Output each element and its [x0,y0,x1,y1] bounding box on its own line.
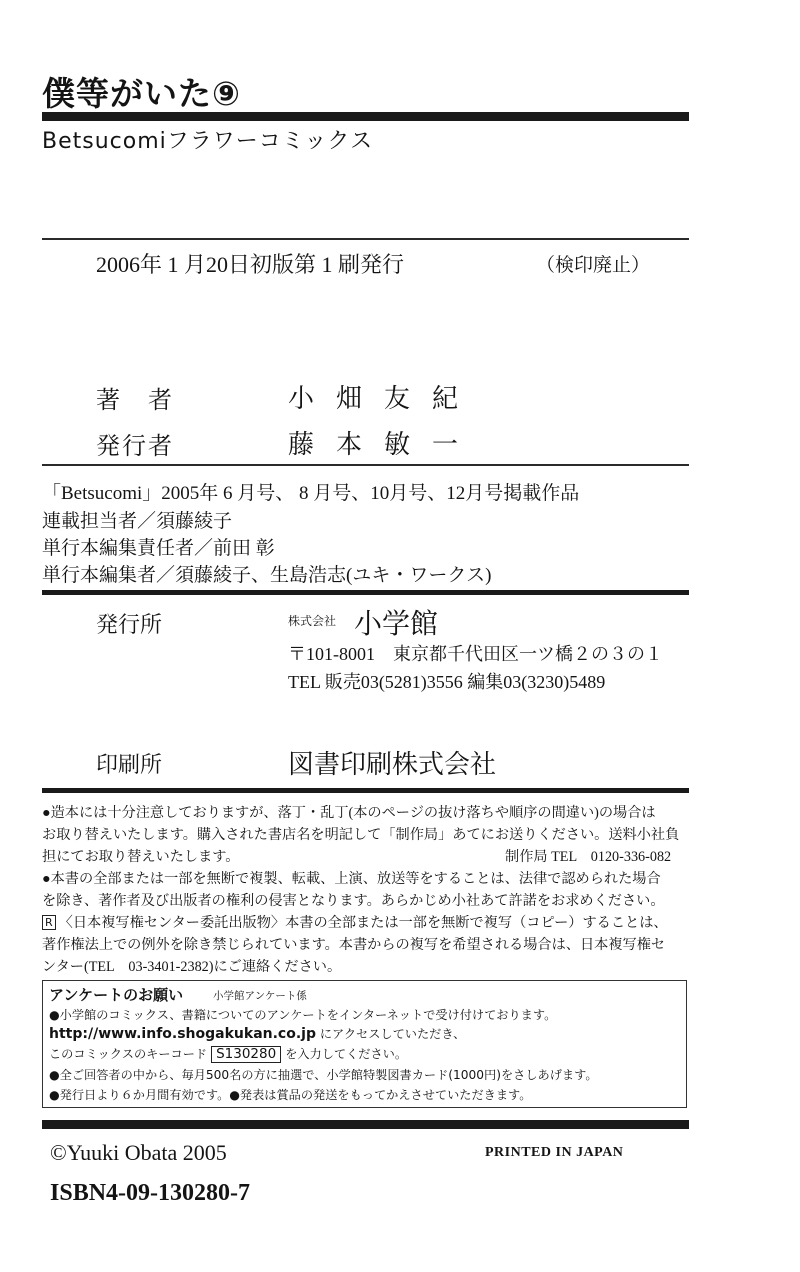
copy-center-note: 〈日本複写権センター委託出版物〉本書の全部または一部を無断で複写（コピー）するこ… [59,915,668,931]
serialization-note: 「Betsucomi」2005年 6 月号、 8 月号、10月号、12月号掲載作… [42,478,579,505]
divider [42,238,689,240]
series-name: Betsucomiフラワーコミックス [42,124,373,155]
series-editor: 連載担当者／須藤綾子 [42,506,232,533]
survey-url-suffix: にアクセスしていただき、 [320,1027,465,1041]
survey-url-line: http://www.info.shogakukan.co.jp にアクセスして… [49,1025,465,1042]
volume-editors: 単行本編集者／須藤綾子、生島浩志(ユキ・ワークス) [42,560,491,587]
fine-print-line: ンター(TEL 03-3401-2382)にご連絡ください。 [42,956,341,976]
printer-name: 図書印刷株式会社 [288,744,496,781]
divider [42,590,689,595]
survey-title: アンケートのお願い [49,984,183,1005]
key-suffix: を入力してください。 [285,1047,407,1061]
book-title: 僕等がいた⑨ [42,68,241,115]
publisher-tel: TEL 販売03(5281)3556 編集03(3230)5489 [288,668,605,694]
survey-box: アンケートのお願い 小学館アンケート係 ●小学館のコミックス、書籍についてのアン… [42,980,687,1108]
survey-key-line: このコミックスのキーコードS130280を入力してください。 [49,1045,407,1063]
fine-print-line: 著作権法上での例外を除き禁じられています。本書からの複写を希望される場合は、日本… [42,934,665,954]
divider [42,464,689,466]
survey-line: ●発行日より６か月間有効です。●発表は賞品の発送をもってかえさせていただきます。 [49,1086,531,1103]
survey-line: ●全ご回答者の中から、毎月500名の方に抽選で、小学館特製図書カード(1000円… [49,1066,598,1083]
survey-dept: 小学館アンケート係 [213,988,307,1003]
title-divider [42,112,689,121]
chief-editor: 単行本編集責任者／前田 彰 [42,533,275,560]
survey-url-link[interactable]: http://www.info.shogakukan.co.jp [49,1026,316,1042]
key-prefix: このコミックスのキーコード [49,1047,207,1061]
issuer-label: 発行者 [96,426,174,461]
company-prefix: 株式会社 [288,612,336,629]
divider [42,788,689,793]
isbn: ISBN4-09-130280-7 [50,1180,250,1207]
fine-print-line: 担にてお取り替えいたします。 [42,846,240,866]
publisher-address: 〒101-8001 東京都千代田区一ツ橋２の３の１ [288,640,663,666]
fine-print-line: を除き、著作者及び出版者の権利の侵害となります。あらかじめ小社あて許諾をお求めく… [42,890,665,910]
printed-in: PRINTED IN JAPAN [485,1145,623,1161]
author-name: 小畑友紀 [288,378,480,415]
publisher-name: 小学館 [354,602,438,642]
fine-print-line: お取り替えいたします。購入された書店名を明記して「制作局」あてにお送りください。… [42,824,679,844]
key-code: S130280 [211,1046,281,1063]
fine-print-line: ●造本には十分注意しておりますが、落丁・乱丁(本のページの抜け落ちや順序の間違い… [42,802,656,822]
author-label: 著 者 [96,380,174,415]
copyright: ©Yuuki Obata 2005 [50,1140,227,1166]
footer-divider [42,1120,689,1129]
publication-date: 2006年 1 月20日初版第 1 刷発行 [96,248,404,279]
publisher-label: 発行所 [96,608,162,639]
fine-print-line-r: R〈日本複写権センター委託出版物〉本書の全部または一部を無断で複写（コピー）する… [42,912,668,932]
seal-note: （検印廃止） [536,250,650,277]
fine-print-line: ●本書の全部または一部を無断で複製、転載、上演、放送等をすることは、法律で認めら… [42,868,661,888]
survey-line: ●小学館のコミックス、書籍についてのアンケートをインターネットで受け付けておりま… [49,1006,556,1023]
printer-label: 印刷所 [96,748,162,779]
r-mark-icon: R [42,915,56,930]
production-dept-tel: 制作局 TEL 0120-336-082 [505,846,671,866]
issuer-name: 藤本敏一 [288,424,480,461]
